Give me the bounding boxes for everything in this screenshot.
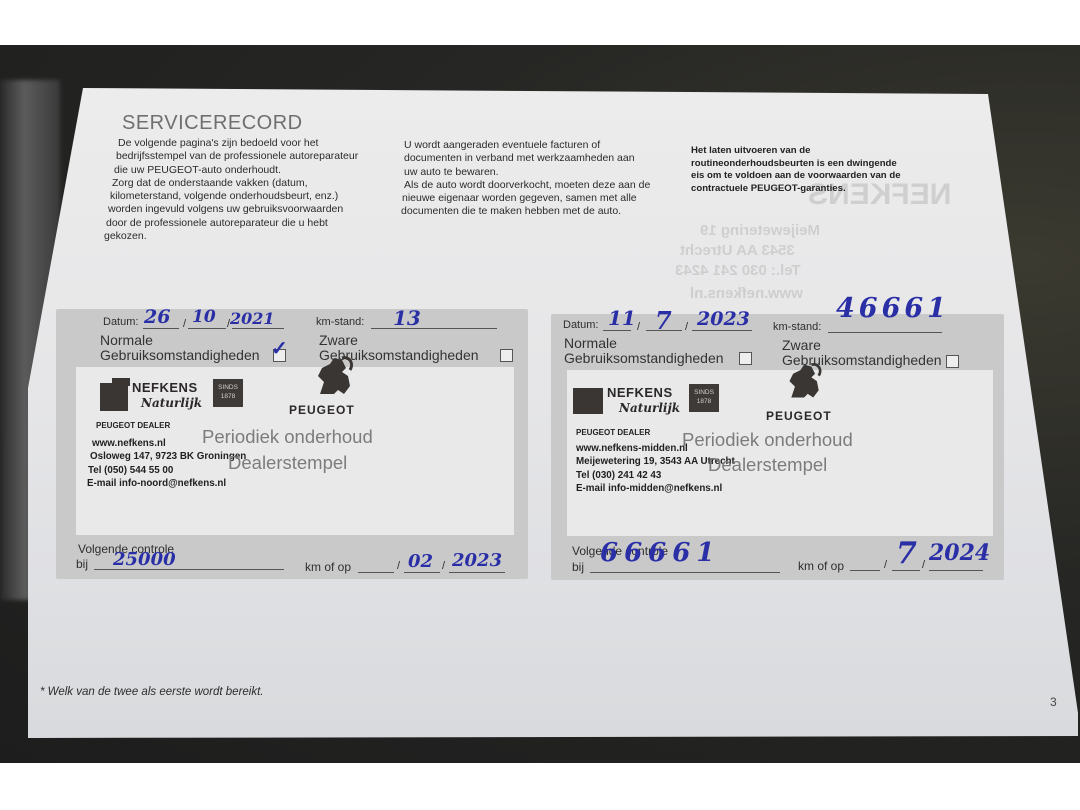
intro-line: worden ingevuld volgens uw gebruiksvoorw…: [108, 203, 358, 216]
ghost-stamp-line: 3543 AA Utrecht: [680, 242, 795, 259]
intro-line: Zorg dat de onderstaande vakken (datum,: [112, 177, 358, 190]
intro-line: nieuwe eigenaar worden gegeven, samen me…: [402, 192, 650, 205]
date-separator: /: [685, 321, 688, 333]
next-check-at-label: bij: [76, 557, 88, 571]
km-or-on-label: km of op: [305, 560, 351, 574]
check-mark: ✓: [271, 336, 288, 360]
dealer-address: Osloweg 147, 9723 BK Groningen: [90, 450, 246, 463]
intro-line: Het laten uitvoeren van de: [691, 145, 901, 158]
heavy-conditions-checkbox[interactable]: [946, 355, 959, 368]
intro-line: documenten die te maken hebben met de au…: [401, 205, 650, 218]
km-stand-label: km-stand:: [773, 321, 821, 333]
page-title: SERVICERECORD: [122, 112, 303, 135]
intro-line: kilometerstand, volgende onderhoudsbeurt…: [110, 190, 358, 203]
date-month-value[interactable]: 10: [192, 307, 216, 327]
date-separator: /: [637, 321, 640, 333]
next-month-value[interactable]: 7: [896, 536, 917, 571]
next-month-value[interactable]: 02: [408, 551, 433, 572]
intro-right: Het laten uitvoeren van de routineonderh…: [691, 145, 901, 195]
intro-line: eis om te voldoen aan de voorwaarden van…: [691, 170, 901, 183]
normal-conditions-label: Normale: [564, 336, 617, 351]
date-separator: /: [183, 318, 186, 330]
dealer-phone: Tel (050) 544 55 00: [88, 464, 246, 477]
ghost-stamp-line: Meijewetering 19: [700, 222, 820, 239]
intro-line: uw auto te bewaren.: [404, 166, 650, 179]
page-number: 3: [1050, 695, 1057, 709]
km-stand-value[interactable]: 46661: [836, 293, 950, 324]
normal-conditions-label: Normale: [100, 333, 153, 348]
footnote: * Welk van de twee als eerste wordt bere…: [40, 686, 264, 698]
normal-conditions-label: Gebruiksomstandigheden: [564, 351, 724, 366]
intro-line: De volgende pagina's zijn bedoeld voor h…: [118, 137, 358, 150]
next-year-value[interactable]: 2023: [452, 550, 502, 571]
date-label: Datum:: [103, 316, 138, 328]
intro-line: U wordt aangeraden eventuele facturen of: [404, 139, 650, 152]
heavy-conditions-checkbox[interactable]: [500, 349, 513, 362]
dealer-type: PEUGEOT DEALER: [576, 428, 650, 437]
dealer-email: E-mail info-midden@nefkens.nl: [576, 482, 735, 495]
date-label: Datum:: [563, 319, 598, 331]
km-stand-value[interactable]: 13: [393, 306, 421, 330]
date-separator: /: [397, 560, 400, 572]
date-year-value[interactable]: 2023: [697, 308, 750, 330]
peugeot-wordmark: PEUGEOT: [766, 409, 832, 423]
intro-line: bedrijfsstempel van de professionele aut…: [116, 150, 358, 163]
date-day-value[interactable]: 26: [144, 306, 170, 328]
heavy-conditions-label: Zware: [782, 338, 821, 353]
nefkens-tagline: Naturlijk: [619, 401, 680, 415]
dealer-type: PEUGEOT DEALER: [96, 421, 170, 430]
since-badge: SINDS 1878: [213, 379, 243, 407]
nefkens-tagline: Naturlijk: [141, 396, 202, 410]
nefkens-name: NEFKENS: [607, 385, 673, 400]
date-day-value[interactable]: 11: [608, 306, 636, 330]
dealer-email: E-mail info-noord@nefkens.nl: [87, 477, 246, 490]
peugeot-wordmark: PEUGEOT: [289, 403, 355, 417]
date-month-value[interactable]: 7: [655, 306, 672, 335]
ghost-stamp-line: Tel.: 030 241 4243: [675, 262, 801, 279]
heavy-conditions-label: Zware: [319, 333, 358, 348]
next-km-value[interactable]: 66661: [600, 538, 720, 568]
stamp-placeholder-title: Periodiek onderhoud: [682, 427, 853, 452]
date-separator: /: [442, 560, 445, 572]
stamp-placeholder-title: Periodiek onderhoud: [202, 424, 373, 449]
intro-middle: U wordt aangeraden eventuele facturen of…: [404, 139, 650, 219]
km-stand-label: km-stand:: [316, 316, 364, 328]
intro-line: routineonderhoudsbeurten is een dwingend…: [691, 158, 901, 171]
date-separator: /: [922, 559, 925, 571]
next-year-value[interactable]: 2024: [929, 540, 990, 566]
normal-conditions-label: Gebruiksomstandigheden: [100, 348, 260, 363]
nefkens-name: NEFKENS: [132, 380, 198, 395]
km-or-on-label: km of op: [798, 559, 844, 573]
date-year-value[interactable]: 2021: [230, 309, 275, 328]
peugeot-lion-icon: [312, 354, 358, 400]
intro-line: contractuele PEUGEOT-garanties.: [691, 183, 901, 196]
intro-line: documenten in verband met werkzaamheden …: [404, 152, 650, 165]
intro-line: die uw PEUGEOT-auto onderhoudt.: [114, 164, 358, 177]
stamp-placeholder-subtitle: Dealerstempel: [708, 452, 827, 477]
date-separator: /: [884, 559, 887, 571]
normal-conditions-checkbox[interactable]: [739, 352, 752, 365]
intro-line: gekozen.: [104, 230, 358, 243]
since-badge: SINDS 1878: [689, 384, 719, 412]
peugeot-lion-icon: [784, 360, 826, 404]
next-km-value[interactable]: 25000: [113, 549, 176, 570]
intro-line: Als de auto wordt doorverkocht, moeten d…: [404, 179, 650, 192]
ghost-stamp-line: www.nefkens.nl: [690, 285, 803, 302]
stamp-placeholder-subtitle: Dealerstempel: [228, 450, 347, 475]
next-check-at-label: bij: [572, 560, 584, 574]
intro-line: door de professionele autoreparateur die…: [106, 217, 358, 230]
intro-left: De volgende pagina's zijn bedoeld voor h…: [118, 137, 358, 243]
